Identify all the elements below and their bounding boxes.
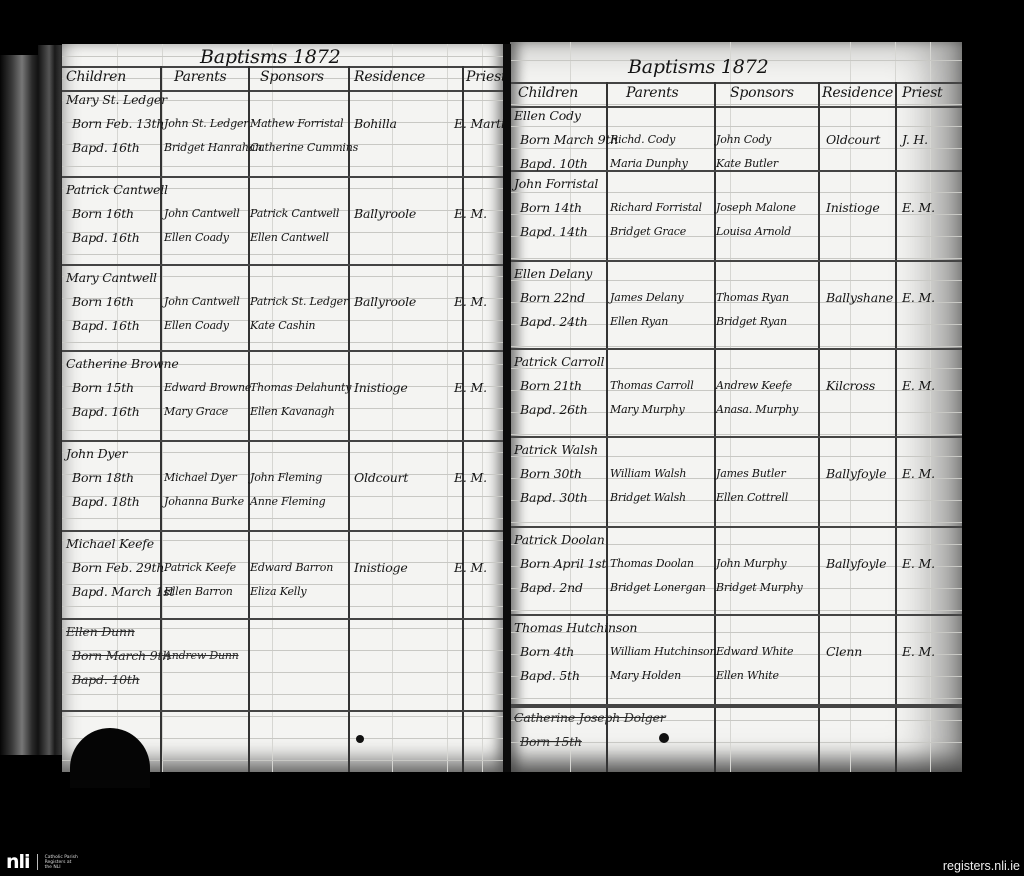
page-bottom-line: [62, 710, 506, 712]
column-header-residence: Residence: [822, 85, 893, 101]
mother-name: Bridget Hanrahan: [164, 136, 262, 160]
child-name: Mary Cantwell: [66, 266, 157, 290]
sponsor-1: Edward White: [716, 640, 793, 664]
page-gutter: [503, 44, 511, 772]
book-edge: [0, 55, 40, 755]
priest-initials: E. M.: [902, 640, 935, 664]
child-name: Ellen Delany: [514, 262, 592, 286]
sponsor-1: Patrick St. Ledger: [250, 290, 348, 314]
residence: Ballyshane: [826, 286, 893, 310]
sponsor-1: Edward Barron: [250, 556, 333, 580]
site-url-link[interactable]: registers.nli.ie: [943, 859, 1020, 873]
column-divider: [348, 66, 350, 772]
residence: Clenn: [826, 640, 862, 664]
baptism-date: Bapd. 5th: [520, 664, 580, 688]
priest-initials: E. M.: [902, 286, 935, 310]
baptism-date: Bapd. 14th: [520, 220, 588, 244]
priest-initials: E. M.: [454, 202, 487, 226]
ruled-line: [62, 606, 506, 607]
residence: Ballyroole: [354, 290, 416, 314]
ruled-line: [62, 518, 506, 519]
child-name: Catherine Browne: [66, 352, 179, 376]
sponsor-1: James Butler: [716, 462, 786, 486]
sponsor-2: Kate Cashin: [250, 314, 315, 338]
birth-date: Born 22nd: [520, 286, 585, 310]
mother-name: Mary Grace: [164, 400, 228, 424]
father-name: John Cantwell: [164, 202, 240, 226]
birth-date: Born 18th: [72, 466, 134, 490]
residence: Inistioge: [826, 196, 880, 220]
sponsor-1: Thomas Ryan: [716, 286, 789, 310]
ruled-line: [62, 452, 506, 453]
residence: Oldcourt: [354, 466, 408, 490]
priest-initials: E. M.: [454, 466, 487, 490]
column-header-residence: Residence: [354, 69, 425, 85]
child-name: John Dyer: [66, 442, 127, 466]
sponsor-2: Bridget Murphy: [716, 576, 803, 600]
priest-initials: J. H.: [902, 128, 928, 152]
birth-date: Born 15th: [72, 376, 134, 400]
priest-initials: E. M.: [902, 374, 935, 398]
child-name: Ellen Cody: [514, 104, 581, 128]
child-name: Ellen Dunn: [66, 620, 135, 644]
baptism-date: Bapd. 18th: [72, 490, 140, 514]
ruled-line: [62, 716, 506, 717]
birth-date: Born 16th: [72, 202, 134, 226]
residence: Inistioge: [354, 376, 408, 400]
sponsor-2: Catherine Cummins: [250, 136, 358, 160]
baptism-date: Bapd. 16th: [72, 226, 140, 250]
father-name: Patrick Keefe: [164, 556, 236, 580]
column-divider: [818, 82, 820, 772]
register-image-viewer[interactable]: Baptisms 1872ChildrenParentsSponsorsResi…: [0, 0, 1024, 876]
father-name: Andrew Dunn: [164, 644, 239, 668]
ruled-line: [62, 342, 506, 343]
sponsor-1: John Murphy: [716, 552, 786, 576]
residence: Inistioge: [354, 556, 408, 580]
sponsor-1: Patrick Cantwell: [250, 202, 339, 226]
entry-divider: [62, 440, 506, 442]
birth-date: Born March 9th: [72, 644, 170, 668]
birth-date: Born 30th: [520, 462, 582, 486]
father-name: Michael Dyer: [164, 466, 237, 490]
mother-name: Bridget Lonergan: [610, 576, 706, 600]
priest-initials: E. M.: [454, 376, 487, 400]
sponsor-1: John Cody: [716, 128, 771, 152]
sponsor-2: Ellen Cottrell: [716, 486, 788, 510]
baptism-date: Bapd. 10th: [72, 668, 140, 692]
birth-date: Born 21th: [520, 374, 582, 398]
priest-initials: E. M.: [454, 556, 487, 580]
page-bottom-line: [510, 706, 962, 708]
column-header-sponsors: Sponsors: [260, 69, 324, 85]
sponsor-2: Bridget Ryan: [716, 310, 787, 334]
birth-date: Born 16th: [72, 290, 134, 314]
sponsor-2: Anasa. Murphy: [716, 398, 798, 422]
column-header-sponsors: Sponsors: [730, 85, 794, 101]
sponsor-1: Joseph Malone: [716, 196, 796, 220]
child-name: John Forristal: [514, 172, 598, 196]
right-register-page: Baptisms 1872ChildrenParentsSponsorsResi…: [510, 42, 962, 772]
father-name: Richard Forristal: [610, 196, 702, 220]
sponsor-1: John Fleming: [250, 466, 322, 490]
priest-initials: E. M.: [902, 462, 935, 486]
register-title: Baptisms 1872: [200, 46, 340, 68]
priest-initials: E. M.: [454, 290, 487, 314]
priest-initials: E. Martin: [454, 112, 506, 136]
column-divider: [895, 82, 897, 772]
header-top-line: [62, 66, 506, 68]
residence: Bohilla: [354, 112, 397, 136]
column-divider: [462, 66, 464, 772]
mother-name: Mary Holden: [610, 664, 681, 688]
baptism-date: Bapd. 16th: [72, 400, 140, 424]
ink-blot: [659, 733, 669, 743]
residence: Ballyfoyle: [826, 552, 886, 576]
column-header-priest: Priest: [902, 85, 943, 101]
birth-date: Born 14th: [520, 196, 582, 220]
birth-date: Born Feb. 29th: [72, 556, 164, 580]
residence: Kilcross: [826, 374, 875, 398]
birth-date: Born April 1st: [520, 552, 606, 576]
mother-name: Ellen Ryan: [610, 310, 668, 334]
priest-initials: E. M.: [902, 552, 935, 576]
child-name: Thomas Hutchinson: [514, 616, 637, 640]
ruled-line: [62, 694, 506, 695]
birth-date: Born 4th: [520, 640, 574, 664]
child-name: Patrick Carroll: [514, 350, 604, 374]
baptism-date: Bapd. 16th: [72, 314, 140, 338]
sponsor-2: Louisa Arnold: [716, 220, 791, 244]
child-name: Mary St. Ledger: [66, 88, 167, 112]
child-name: Patrick Walsh: [514, 438, 598, 462]
nli-logo[interactable]: nli Catholic Parish Registers at the NLI: [6, 853, 79, 871]
father-name: William Walsh: [610, 462, 686, 486]
child-name: Patrick Cantwell: [66, 178, 168, 202]
baptism-date: Bapd. 24th: [520, 310, 588, 334]
child-name: Michael Keefe: [66, 532, 154, 556]
mother-name: Bridget Walsh: [610, 486, 686, 510]
father-name: John Cantwell: [164, 290, 240, 314]
sponsor-2: Anne Fleming: [250, 490, 325, 514]
mother-name: Ellen Coady: [164, 314, 229, 338]
ruled-line: [62, 254, 506, 255]
left-register-page: Baptisms 1872ChildrenParentsSponsorsResi…: [62, 44, 506, 772]
sponsor-1: Mathew Forristal: [250, 112, 343, 136]
birth-date: Born March 9th: [520, 128, 618, 152]
father-name: James Delany: [610, 286, 683, 310]
ruled-line: [62, 430, 506, 431]
baptism-date: Bapd. 2nd: [520, 576, 583, 600]
column-header-children: Children: [66, 69, 126, 85]
mother-name: Johanna Burke: [164, 490, 244, 514]
nli-logo-text: Catholic Parish Registers at the NLI: [45, 855, 79, 870]
father-name: Thomas Doolan: [610, 552, 694, 576]
child-name: Catherine Joseph Dolger: [514, 706, 666, 730]
nli-logo-mark: nli: [6, 853, 30, 871]
column-divider: [606, 82, 608, 772]
baptism-date: Bapd. 16th: [72, 136, 140, 160]
priest-initials: E. M.: [902, 196, 935, 220]
logo-divider: [37, 854, 38, 870]
baptism-date: Bapd. March 1st: [72, 580, 174, 604]
ruled-line: [62, 166, 506, 167]
register-title: Baptisms 1872: [628, 56, 768, 78]
column-header-parents: Parents: [626, 85, 679, 101]
mother-name: Bridget Grace: [610, 220, 686, 244]
column-header-children: Children: [518, 85, 578, 101]
sponsor-2: Ellen Cantwell: [250, 226, 329, 250]
birth-date: Born 15th: [520, 730, 582, 754]
birth-date: Born Feb. 13th: [72, 112, 164, 136]
ink-blot: [356, 735, 364, 743]
mother-name: Maria Dunphy: [610, 152, 688, 176]
father-name: Richd. Cody: [610, 128, 675, 152]
residence: Ballyfoyle: [826, 462, 886, 486]
sponsor-1: Andrew Keefe: [716, 374, 792, 398]
sponsor-2: Ellen Kavanagh: [250, 400, 335, 424]
father-name: William Hutchinson: [610, 640, 716, 664]
father-name: John St. Ledger: [164, 112, 248, 136]
sponsor-1: Thomas Delahunty: [250, 376, 351, 400]
column-header-priest: Priest: [466, 69, 506, 85]
father-name: Thomas Carroll: [610, 374, 694, 398]
father-name: Edward Browne: [164, 376, 251, 400]
baptism-date: Bapd. 26th: [520, 398, 588, 422]
baptism-date: Bapd. 30th: [520, 486, 588, 510]
sponsor-2: Eliza Kelly: [250, 580, 306, 604]
sponsor-2: Ellen White: [716, 664, 779, 688]
mother-name: Mary Murphy: [610, 398, 685, 422]
mother-name: Ellen Barron: [164, 580, 233, 604]
sponsor-2: Kate Butler: [716, 152, 778, 176]
residence: Oldcourt: [826, 128, 880, 152]
child-name: Patrick Doolan: [514, 528, 605, 552]
column-header-parents: Parents: [174, 69, 227, 85]
residence: Ballyroole: [354, 202, 416, 226]
mother-name: Ellen Coady: [164, 226, 229, 250]
